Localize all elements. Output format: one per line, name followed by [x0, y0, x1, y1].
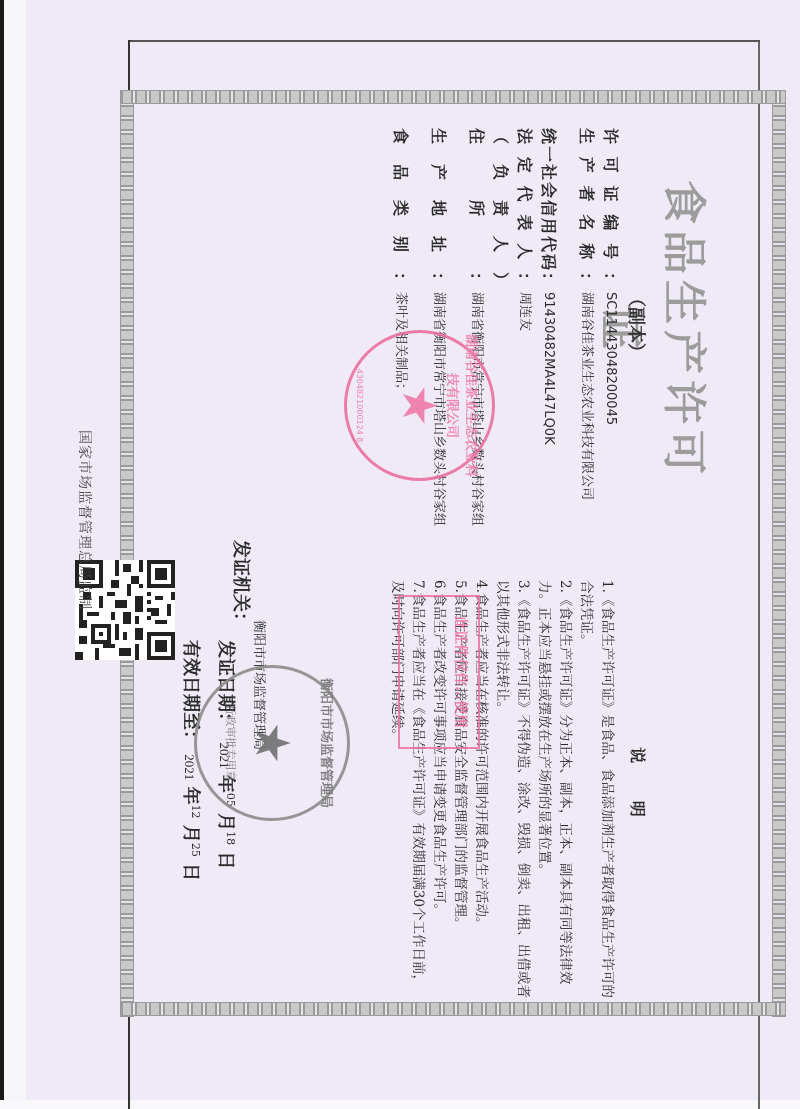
issue-day: 18	[224, 831, 237, 845]
field-label: 住所：	[464, 128, 488, 292]
field-label: 生产地址：	[426, 128, 450, 292]
instruction-item: 2.《食品生产许可证》分为正本、副本，正本、副本具有同等法律效力。正本应当悬挂或…	[533, 580, 575, 1000]
seal-ring-text: 衡阳市市场监督管理局	[318, 668, 337, 818]
authority-seal: 衡阳市市场监督管理局 ★ 行政审批专用章	[194, 665, 350, 821]
instruction-item: 3.《食品生产许可证》不得伪造、涂改、毁损、倒卖、出租、出借或者以其他形式非法转…	[491, 580, 533, 1000]
seal-ring-text: 湖南谷佳茶业生态农业科技有限公司	[444, 333, 482, 478]
field-license-number: 许可证编号： SC11443048200045	[598, 128, 622, 548]
field-credit-code: 统一社会信用代码： 91430482MA4L47LQ0K	[536, 128, 560, 548]
frame-border-top	[772, 90, 786, 1017]
day-unit: 日	[215, 851, 236, 869]
year-unit: 年	[180, 787, 201, 805]
month-unit: 月	[180, 825, 201, 843]
field-label: 统一社会信用代码：	[536, 128, 560, 292]
field-label: 法定代表人：	[512, 128, 536, 292]
rectangular-stamp: 此证件仅作…使用	[398, 595, 480, 749]
field-producer-name: 生产者名称： 湖南谷佳茶业生态农业科技有限公司	[574, 128, 598, 548]
seal-inner-text: 行政审批专用章	[223, 668, 239, 818]
field-label: 生产者名称：	[574, 128, 598, 292]
field-label: 许可证编号：	[598, 128, 622, 292]
field-value: 91430482MA4L47LQ0K	[536, 292, 560, 445]
field-label: 食品类别：	[388, 128, 412, 292]
frame-border-left	[120, 90, 786, 104]
footer-supervisor: 国家市场监督管理总局监制	[75, 430, 95, 610]
field-value: 湖南谷佳茶业生态农业科技有限公司	[574, 292, 598, 500]
rotated-certificate: 食品生产许可证 （副本） 许可证编号： SC11443048200045 生产者…	[0, 0, 800, 1109]
star-icon: ★	[392, 384, 448, 427]
frame-border-bottom	[120, 90, 134, 1017]
copy-type: （副本）	[624, 265, 650, 385]
day-unit: 日	[180, 863, 201, 881]
field-label: （负责人）	[488, 128, 512, 292]
star-icon: ★	[244, 721, 300, 764]
seal-number: 4304821000124 8	[355, 333, 364, 478]
instruction-item: 1.《食品生产许可证》是食品、食品添加剂生产者取得食品生产许可的合法凭证。	[575, 580, 617, 1000]
company-seal: 湖南谷佳茶业生态农业科技有限公司 ★ 4304821000124 8	[344, 330, 495, 481]
outer-border-line	[130, 40, 760, 42]
field-value: 周连友	[512, 292, 536, 331]
valid-day: 25	[189, 843, 202, 857]
field-responsible: （负责人）	[488, 128, 512, 548]
field-legal-rep: 法定代表人： 周连友	[512, 128, 536, 548]
instructions-title: 说 明	[627, 580, 650, 1000]
issuer-label: 发证机关：	[229, 540, 255, 630]
field-value: SC11443048200045	[598, 292, 622, 425]
frame-border-right	[120, 1002, 786, 1016]
valid-month: 12	[189, 805, 202, 819]
